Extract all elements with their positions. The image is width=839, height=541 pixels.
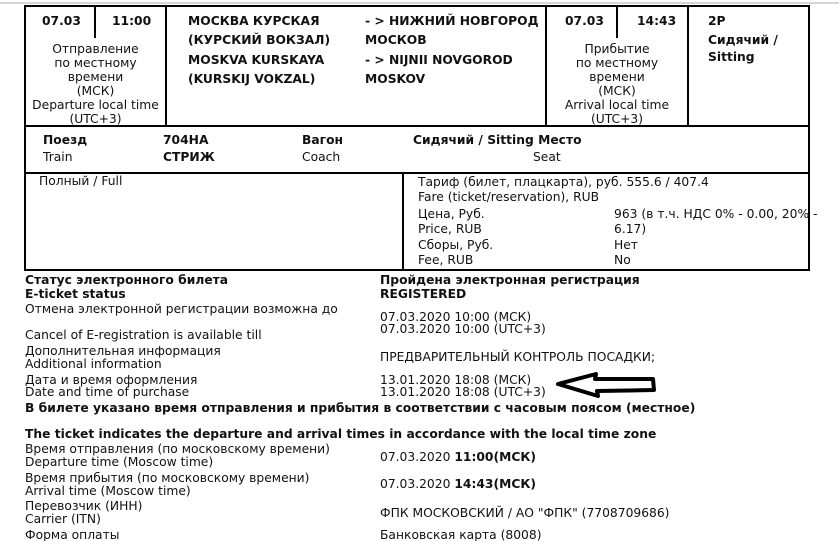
seat-label-en: Seat — [533, 150, 561, 164]
to-station-en-2: MOSKOV — [365, 72, 425, 86]
arrival-date-full: 07.03.2020 — [380, 477, 450, 491]
price-value-2: 6.17) — [614, 222, 646, 236]
departure-label-line: Отправление — [26, 42, 165, 56]
seat-type-line: Сидячий / Sitting Место — [413, 133, 582, 147]
departure-time: 11:00 — [112, 14, 151, 28]
from-station-en-2: (KURSKIJ VOKZAL) — [188, 72, 315, 86]
train-label-en: Train — [43, 150, 73, 164]
seat-label-ru: Место — [538, 133, 581, 147]
departure-label-line: времени — [26, 70, 165, 84]
payment-label-ru: Форма оплаты — [25, 528, 119, 541]
train-name: СТРИЖ — [163, 150, 215, 164]
cancel-label-ru: Отмена электронной регистрации возможна … — [25, 302, 338, 316]
arrival-label-line: (UTC+3) — [547, 112, 687, 126]
from-station-ru-2: (КУРСКИЙ ВОКЗАЛ) — [188, 33, 330, 47]
departure-label: Отправление по местному времени (МСК) De… — [26, 42, 165, 126]
tariff-line: Тариф (билет, плацкарта), руб. 555.6 / 4… — [418, 175, 709, 189]
train-label-ru: Поезд — [43, 133, 87, 147]
to-station-ru: - > НИЖНИЙ НОВГОРОД — [365, 14, 539, 28]
notice-en: The ticket indicates the departure and a… — [25, 427, 656, 441]
arrival-label-line: по местному — [547, 56, 687, 70]
arrival-label-line: времени — [547, 70, 687, 84]
arrival-label-line: Прибытие — [547, 42, 687, 56]
seat-type: Сидячий / Sitting — [413, 133, 534, 147]
cancel-label-en: Cancel of E-registration is available ti… — [25, 328, 262, 342]
from-station-en: MOSKVA KURSKAYA — [188, 53, 324, 67]
arrival-time: 14:43 — [637, 14, 676, 28]
carrier-label-en: Carrier (ITN) — [25, 512, 101, 526]
price-label-en: Price, RUB — [418, 222, 482, 236]
coach-label-ru: Вагон — [302, 133, 343, 147]
carrier-value: ФПК МОСКОВСКИЙ / АО "ФПК" (7708709686) — [380, 506, 669, 520]
arrival-time-label-ru: Время прибытия (по московскому времени) — [25, 471, 309, 485]
departure-time-value: 07.03.2020 11:00(МСК) — [380, 450, 536, 464]
status-value-ru: Пройдена электронная регистрация — [380, 273, 640, 287]
arrival-label-line: Arrival local time — [547, 98, 687, 112]
left-arrow-icon — [555, 372, 660, 398]
divider — [687, 5, 689, 127]
arrival-time-value: 07.03.2020 14:43(МСК) — [380, 477, 536, 491]
fee-label-en: Fee, RUB — [418, 253, 473, 267]
tariff-label-en: Fare (ticket/reservation), RUB — [418, 190, 599, 204]
tariff-label-ru: Тариф (билет, плацкарта), руб. — [418, 175, 623, 189]
divider — [402, 172, 404, 271]
departure-label-line: (UTC+3) — [26, 112, 165, 126]
tariff-value: 555.6 / 407.4 — [626, 175, 708, 189]
service-class-code: 2Р — [708, 14, 726, 28]
departure-date: 07.03 — [42, 14, 81, 28]
purchase-label-en: Date and time of purchase — [25, 385, 189, 399]
departure-time-label-ru: Время отправления (по московскому времен… — [25, 442, 330, 456]
fee-value-en: No — [614, 253, 631, 267]
top-divider — [0, 2, 839, 4]
departure-label-line: (МСК) — [26, 84, 165, 98]
status-label-ru: Статус электронного билета — [25, 273, 228, 287]
additional-label-en: Additional information — [25, 357, 162, 371]
cancel-value-utc: 07.03.2020 10:00 (UTC+3) — [380, 322, 546, 336]
service-class-type-2: Sitting — [708, 50, 755, 64]
price-value: 963 (в т.ч. НДС 0% - 0.00, 20% - — [614, 207, 817, 221]
divider — [616, 5, 618, 38]
divider — [94, 5, 96, 38]
departure-time-msk: 11:00(МСК) — [454, 450, 536, 464]
coach-label-en: Coach — [302, 150, 340, 164]
additional-label-ru: Дополнительная информация — [25, 344, 221, 358]
arrival-label: Прибытие по местному времени (МСК) Arriv… — [547, 42, 687, 126]
to-station-en: - > NIJNII NOVGOROD — [365, 53, 513, 67]
departure-time-label-en: Departure time (Moscow time) — [25, 455, 213, 469]
fee-label-ru: Сборы, Руб. — [418, 238, 493, 252]
carrier-label-ru: Перевозчик (ИНН) — [25, 499, 142, 513]
departure-label-line: по местному — [26, 56, 165, 70]
status-value-en: REGISTERED — [380, 287, 466, 301]
departure-date-full: 07.03.2020 — [380, 450, 450, 464]
tariff-type: Полный / Full — [39, 174, 122, 188]
to-station-ru-2: МОСКОВ — [365, 33, 427, 47]
arrival-time-msk: 14:43(МСК) — [454, 477, 536, 491]
arrival-date: 07.03 — [565, 14, 604, 28]
departure-label-line: Departure local time — [26, 98, 165, 112]
arrival-time-label-en: Arrival time (Moscow time) — [25, 484, 191, 498]
status-label-en: E-ticket status — [25, 287, 126, 301]
additional-value: ПРЕДВАРИТЕЛЬНЫЙ КОНТРОЛЬ ПОСАДКИ; — [380, 350, 655, 364]
service-class-type: Сидячий / — [708, 33, 778, 47]
price-label-ru: Цена, Руб. — [418, 207, 485, 221]
arrival-label-line: (МСК) — [547, 84, 687, 98]
fee-value-ru: Нет — [614, 238, 638, 252]
purchase-value-utc: 13.01.2020 18:08 (UTC+3) — [380, 385, 546, 399]
payment-value: Банковская карта (8008) — [380, 528, 542, 541]
divider — [165, 5, 167, 127]
notice-ru: В билете указано время отправления и при… — [25, 401, 695, 415]
train-number: 704НА — [163, 133, 208, 147]
from-station-ru: МОСКВА КУРСКАЯ — [188, 14, 320, 28]
